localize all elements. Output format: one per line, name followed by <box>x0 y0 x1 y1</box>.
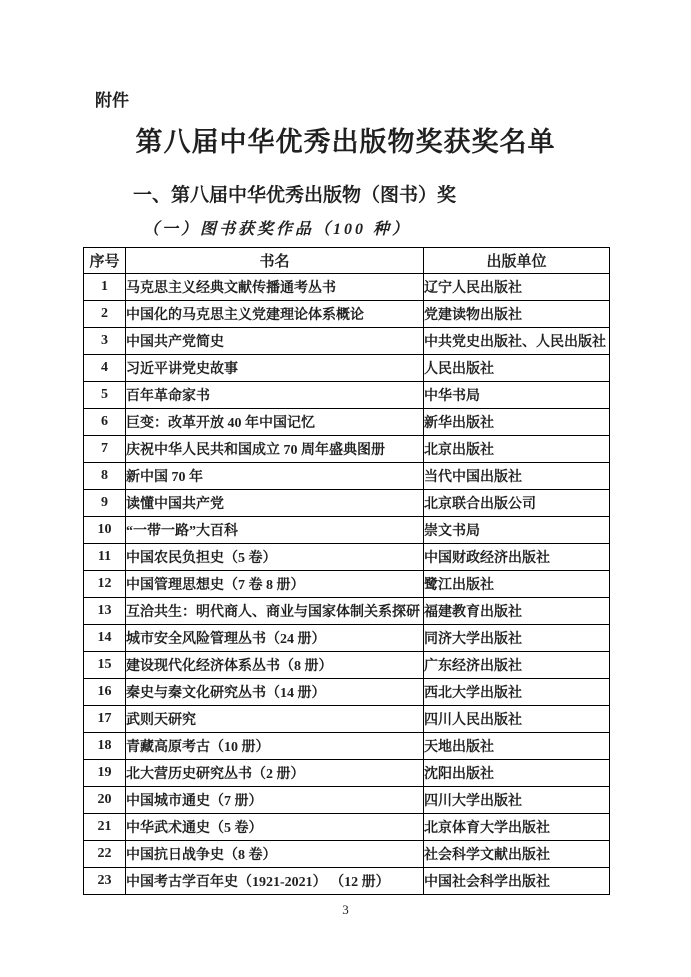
publisher-cell: 鹭江出版社 <box>424 571 610 598</box>
table-row: 9读懂中国共产党北京联合出版公司 <box>84 490 610 517</box>
book-title-cell: 互洽共生：明代商人、商业与国家体制关系探研 <box>126 598 424 625</box>
row-number-cell: 15 <box>84 652 126 679</box>
row-number-cell: 14 <box>84 625 126 652</box>
book-title-cell: 习近平讲党史故事 <box>126 355 424 382</box>
book-title-cell: 中国城市通史（7 册） <box>126 787 424 814</box>
book-title-cell: 武则天研究 <box>126 706 424 733</box>
row-number-cell: 10 <box>84 517 126 544</box>
table-row: 7庆祝中华人民共和国成立 70 周年盛典图册北京出版社 <box>84 436 610 463</box>
col-header-no: 序号 <box>84 248 126 274</box>
row-number-cell: 3 <box>84 328 126 355</box>
book-title-cell: 北大营历史研究丛书（2 册） <box>126 760 424 787</box>
table-header-row: 序号 书名 出版单位 <box>84 248 610 274</box>
book-title-cell: 读懂中国共产党 <box>126 490 424 517</box>
row-number-cell: 18 <box>84 733 126 760</box>
table-row: 4习近平讲党史故事人民出版社 <box>84 355 610 382</box>
publisher-cell: 中国社会科学出版社 <box>424 868 610 895</box>
book-title-cell: 马克思主义经典文献传播通考丛书 <box>126 274 424 301</box>
row-number-cell: 19 <box>84 760 126 787</box>
table-row: 2中国化的马克思主义党建理论体系概论党建读物出版社 <box>84 301 610 328</box>
publisher-cell: 人民出版社 <box>424 355 610 382</box>
table-row: 10“一带一路”大百科崇文书局 <box>84 517 610 544</box>
book-title-cell: 新中国 70 年 <box>126 463 424 490</box>
publisher-cell: 党建读物出版社 <box>424 301 610 328</box>
row-number-cell: 20 <box>84 787 126 814</box>
page-number: 3 <box>0 902 691 918</box>
table-row: 8新中国 70 年当代中国出版社 <box>84 463 610 490</box>
row-number-cell: 16 <box>84 679 126 706</box>
publisher-cell: 中华书局 <box>424 382 610 409</box>
table-row: 11中国农民负担史（5 卷）中国财政经济出版社 <box>84 544 610 571</box>
row-number-cell: 8 <box>84 463 126 490</box>
publisher-cell: 崇文书局 <box>424 517 610 544</box>
row-number-cell: 17 <box>84 706 126 733</box>
table-row: 14城市安全风险管理丛书（24 册）同济大学出版社 <box>84 625 610 652</box>
table-row: 23中国考古学百年史（1921-2021） （12 册）中国社会科学出版社 <box>84 868 610 895</box>
row-number-cell: 11 <box>84 544 126 571</box>
publisher-cell: 广东经济出版社 <box>424 652 610 679</box>
table-row: 19北大营历史研究丛书（2 册）沈阳出版社 <box>84 760 610 787</box>
publisher-cell: 中国财政经济出版社 <box>424 544 610 571</box>
publisher-cell: 北京联合出版公司 <box>424 490 610 517</box>
document-page: 附件 第八届中华优秀出版物奖获奖名单 一、第八届中华优秀出版物（图书）奖 （一）… <box>0 0 691 977</box>
book-title-cell: “一带一路”大百科 <box>126 517 424 544</box>
awards-table: 序号 书名 出版单位 1马克思主义经典文献传播通考丛书辽宁人民出版社2中国化的马… <box>83 247 610 895</box>
page-title: 第八届中华优秀出版物奖获奖名单 <box>0 120 691 159</box>
book-title-cell: 中华武术通史（5 卷） <box>126 814 424 841</box>
publisher-cell: 当代中国出版社 <box>424 463 610 490</box>
publisher-cell: 社会科学文献出版社 <box>424 841 610 868</box>
row-number-cell: 21 <box>84 814 126 841</box>
table-row: 13互洽共生：明代商人、商业与国家体制关系探研福建教育出版社 <box>84 598 610 625</box>
table-row: 20中国城市通史（7 册）四川大学出版社 <box>84 787 610 814</box>
book-title-cell: 中国农民负担史（5 卷） <box>126 544 424 571</box>
table-row: 1马克思主义经典文献传播通考丛书辽宁人民出版社 <box>84 274 610 301</box>
publisher-cell: 中共党史出版社、人民出版社 <box>424 328 610 355</box>
publisher-cell: 沈阳出版社 <box>424 760 610 787</box>
table-row: 22中国抗日战争史（8 卷）社会科学文献出版社 <box>84 841 610 868</box>
table-row: 5百年革命家书中华书局 <box>84 382 610 409</box>
book-title-cell: 庆祝中华人民共和国成立 70 周年盛典图册 <box>126 436 424 463</box>
subsection-heading: （一）图书获奖作品（100 种） <box>143 216 411 239</box>
row-number-cell: 9 <box>84 490 126 517</box>
book-title-cell: 中国化的马克思主义党建理论体系概论 <box>126 301 424 328</box>
book-title-cell: 中国抗日战争史（8 卷） <box>126 841 424 868</box>
publisher-cell: 同济大学出版社 <box>424 625 610 652</box>
book-title-cell: 中国管理思想史（7 卷 8 册） <box>126 571 424 598</box>
table-row: 6巨变：改革开放 40 年中国记忆新华出版社 <box>84 409 610 436</box>
book-title-cell: 青藏高原考古（10 册） <box>126 733 424 760</box>
book-title-cell: 秦史与秦文化研究丛书（14 册） <box>126 679 424 706</box>
publisher-cell: 北京体育大学出版社 <box>424 814 610 841</box>
publisher-cell: 福建教育出版社 <box>424 598 610 625</box>
col-header-book-title: 书名 <box>126 248 424 274</box>
attachment-label: 附件 <box>95 86 129 111</box>
section-heading: 一、第八届中华优秀出版物（图书）奖 <box>133 180 456 207</box>
publisher-cell: 北京出版社 <box>424 436 610 463</box>
publisher-cell: 辽宁人民出版社 <box>424 274 610 301</box>
row-number-cell: 1 <box>84 274 126 301</box>
table-row: 18青藏高原考古（10 册）天地出版社 <box>84 733 610 760</box>
row-number-cell: 6 <box>84 409 126 436</box>
table-row: 15建设现代化经济体系丛书（8 册）广东经济出版社 <box>84 652 610 679</box>
col-header-publisher: 出版单位 <box>424 248 610 274</box>
table-row: 12中国管理思想史（7 卷 8 册）鹭江出版社 <box>84 571 610 598</box>
row-number-cell: 2 <box>84 301 126 328</box>
publisher-cell: 四川大学出版社 <box>424 787 610 814</box>
publisher-cell: 天地出版社 <box>424 733 610 760</box>
row-number-cell: 23 <box>84 868 126 895</box>
publisher-cell: 新华出版社 <box>424 409 610 436</box>
publisher-cell: 四川人民出版社 <box>424 706 610 733</box>
book-title-cell: 中国共产党简史 <box>126 328 424 355</box>
table-row: 16秦史与秦文化研究丛书（14 册）西北大学出版社 <box>84 679 610 706</box>
row-number-cell: 5 <box>84 382 126 409</box>
row-number-cell: 7 <box>84 436 126 463</box>
book-title-cell: 中国考古学百年史（1921-2021） （12 册） <box>126 868 424 895</box>
book-title-cell: 城市安全风险管理丛书（24 册） <box>126 625 424 652</box>
table-row: 17武则天研究四川人民出版社 <box>84 706 610 733</box>
row-number-cell: 4 <box>84 355 126 382</box>
row-number-cell: 13 <box>84 598 126 625</box>
book-title-cell: 百年革命家书 <box>126 382 424 409</box>
row-number-cell: 12 <box>84 571 126 598</box>
table-row: 3中国共产党简史中共党史出版社、人民出版社 <box>84 328 610 355</box>
book-title-cell: 巨变：改革开放 40 年中国记忆 <box>126 409 424 436</box>
book-title-cell: 建设现代化经济体系丛书（8 册） <box>126 652 424 679</box>
table-row: 21中华武术通史（5 卷）北京体育大学出版社 <box>84 814 610 841</box>
row-number-cell: 22 <box>84 841 126 868</box>
publisher-cell: 西北大学出版社 <box>424 679 610 706</box>
